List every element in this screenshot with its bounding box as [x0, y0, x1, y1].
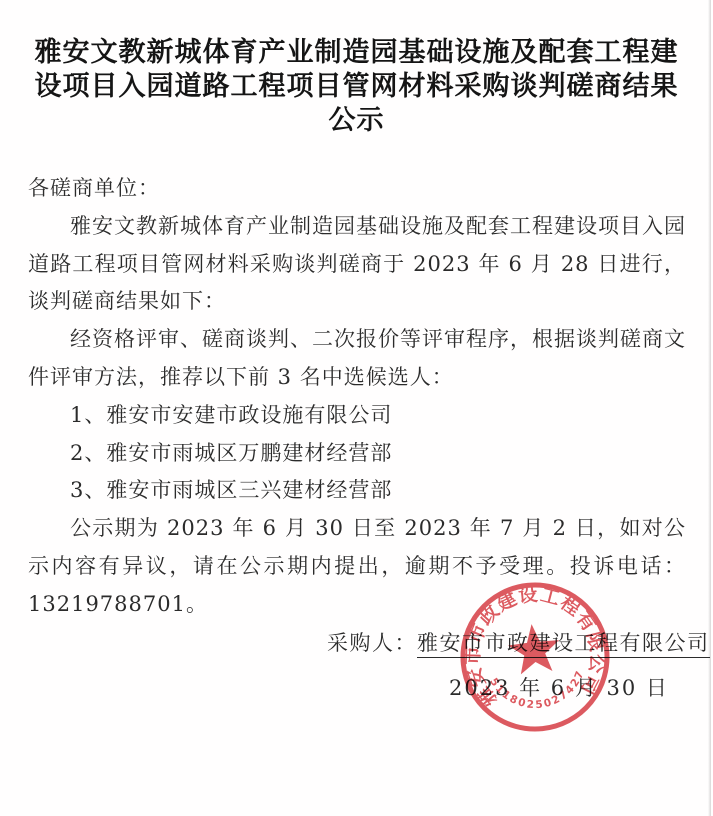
- title-line-1: 雅安文教新城体育产业制造园基础设施及配套工程建: [24, 36, 689, 70]
- signature-date: 2023 年 6 月 30 日: [449, 672, 710, 702]
- document-title: 雅安文教新城体育产业制造园基础设施及配套工程建 设项目入园道路工程项目管网材料采…: [0, 36, 713, 138]
- title-line-2: 设项目入园道路工程项目管网材料采购谈判磋商结果: [24, 70, 689, 104]
- document-page: 雅安文教新城体育产业制造园基础设施及配套工程建 设项目入园道路工程项目管网材料采…: [0, 0, 713, 816]
- candidate-item-1: 1、雅安市安建市政设施有限公司: [28, 397, 686, 435]
- signature-block: 采购人：雅安市市政建设工程有限公司 2023 年 6 月 30 日: [327, 627, 710, 702]
- paragraph-negotiation-date: 雅安文教新城体育产业制造园基础设施及配套工程建设项目入园道路工程项目管网材料采购…: [28, 208, 686, 321]
- paragraph-notice-period: 公示期为 2023 年 6 月 30 日至 2023 年 7 月 2 日，如对公…: [28, 510, 686, 623]
- candidate-item-2: 2、雅安市雨城区万鹏建材经营部: [28, 435, 686, 473]
- document-body: 各磋商单位： 雅安文教新城体育产业制造园基础设施及配套工程建设项目入园道路工程项…: [0, 170, 713, 624]
- title-line-3: 公示: [24, 104, 689, 138]
- candidate-item-3: 3、雅安市雨城区三兴建材经营部: [28, 472, 686, 510]
- salutation: 各磋商单位：: [28, 170, 686, 208]
- purchaser-line: 采购人：雅安市市政建设工程有限公司: [327, 627, 710, 657]
- paragraph-review-procedure: 经资格评审、磋商谈判、二次报价等评审程序，根据谈判磋商文件评审方法，推荐以下前 …: [28, 321, 686, 397]
- purchaser-label: 采购人：: [327, 631, 417, 655]
- purchaser-company-name: 雅安市市政建设工程有限公司: [417, 631, 710, 658]
